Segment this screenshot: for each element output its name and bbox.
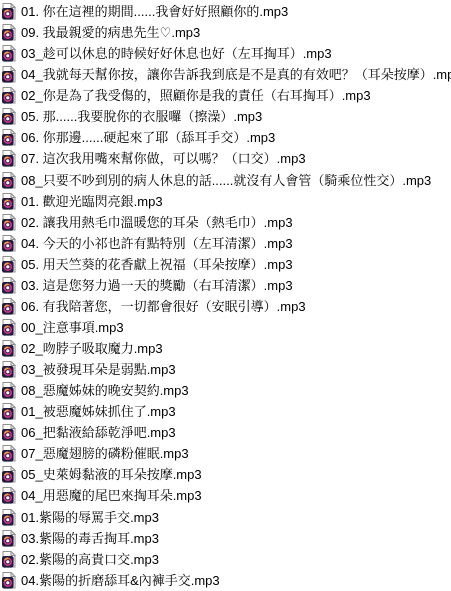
audio-file-icon xyxy=(2,382,16,399)
file-row[interactable]: 02.紫陽的高貴口交.mp3 xyxy=(0,549,451,570)
file-row[interactable]: 02_你是為了我受傷的，照顧你是我的責任（右耳掏耳）.mp3 xyxy=(0,85,451,106)
file-name-label: 04. 今天的小祁也許有點特別（左耳清潔）.mp3 xyxy=(21,233,293,254)
file-name-label: 01.紫陽的辱罵手交.mp3 xyxy=(21,507,159,528)
file-row[interactable]: 04_用惡魔的尾巴來掏耳朵.mp3 xyxy=(0,485,451,506)
audio-file-icon xyxy=(2,403,16,420)
audio-file-icon xyxy=(2,319,16,336)
audio-file-icon xyxy=(2,551,16,568)
audio-file-icon xyxy=(2,424,16,441)
audio-file-icon xyxy=(2,298,16,315)
file-row[interactable]: 01. 歡迎光臨閃亮銀.mp3 xyxy=(0,191,451,212)
audio-file-icon xyxy=(2,214,16,231)
file-row[interactable]: 07_惡魔翅膀的磷粉催眠.mp3 xyxy=(0,443,451,464)
file-row[interactable]: 01.紫陽的辱罵手交.mp3 xyxy=(0,507,451,528)
file-row[interactable]: 03. 這是您努力過一天的獎勵（右耳清潔）.mp3 xyxy=(0,275,451,296)
file-row[interactable]: 03_趁可以休息的時候好好休息也好（左耳掏耳）.mp3 xyxy=(0,43,451,64)
file-name-label: 02.紫陽的高貴口交.mp3 xyxy=(21,549,159,570)
audio-file-icon xyxy=(2,340,16,357)
file-name-label: 01_被惡魔姊妹抓住了.mp3 xyxy=(21,401,176,422)
file-name-label: 02_你是為了我受傷的，照顧你是我的責任（右耳掏耳）.mp3 xyxy=(21,85,371,106)
file-row[interactable]: 07. 這次我用嘴來幫你做，可以嗎？（口交）.mp3 xyxy=(0,148,451,169)
audio-file-icon xyxy=(2,572,16,589)
file-name-label: 03_趁可以休息的時候好好休息也好（左耳掏耳）.mp3 xyxy=(21,43,332,64)
audio-file-icon xyxy=(2,193,16,210)
file-name-label: 04.紫陽的折磨舔耳&內褲手交.mp3 xyxy=(21,570,220,591)
audio-file-icon xyxy=(2,172,16,189)
file-row[interactable]: 02_吻脖子吸取魔力.mp3 xyxy=(0,338,451,359)
audio-file-icon xyxy=(2,235,16,252)
file-row[interactable]: 01. 你在這裡的期間......我會好好照顧你的.mp3 xyxy=(0,1,451,22)
file-row[interactable]: 08_惡魔姊妹的晚安契約.mp3 xyxy=(0,380,451,401)
file-name-label: 09. 我最親愛的病患先生♡.mp3 xyxy=(21,22,200,43)
file-name-label: 08_只要不吵到別的病人休息的話......就沒有人會管（騎乘位性交）.mp3 xyxy=(21,170,431,191)
file-row[interactable]: 06. 有我陪著您，一切都會很好（安眠引導）.mp3 xyxy=(0,296,451,317)
audio-file-icon xyxy=(2,24,16,41)
audio-file-icon xyxy=(2,509,16,526)
file-name-label: 08_惡魔姊妹的晚安契約.mp3 xyxy=(21,380,189,401)
file-row[interactable]: 02. 讓我用熱毛巾溫暖您的耳朵（熱毛巾）.mp3 xyxy=(0,212,451,233)
file-name-label: 06. 有我陪著您，一切都會很好（安眠引導）.mp3 xyxy=(21,296,306,317)
audio-file-icon xyxy=(2,108,16,125)
file-name-label: 02_吻脖子吸取魔力.mp3 xyxy=(21,338,163,359)
file-row[interactable]: 05. 那......我要脫你的衣服囉（擦澡）.mp3 xyxy=(0,106,451,127)
file-name-label: 04_我就每天幫你按，讓你告訴我到底是不是真的有效吧？（耳朵按摩）.mp3 xyxy=(21,64,451,85)
file-name-label: 03.紫陽的毒舌掏耳.mp3 xyxy=(21,528,159,549)
file-name-label: 03_被發現耳朵是弱點.mp3 xyxy=(21,359,176,380)
file-name-label: 07_惡魔翅膀的磷粉催眠.mp3 xyxy=(21,443,189,464)
audio-file-icon xyxy=(2,150,16,167)
file-row[interactable]: 03.紫陽的毒舌掏耳.mp3 xyxy=(0,528,451,549)
audio-file-icon xyxy=(2,45,16,62)
file-row[interactable]: 05_史萊姆黏液的耳朵按摩.mp3 xyxy=(0,464,451,485)
file-row[interactable]: 09. 我最親愛的病患先生♡.mp3 xyxy=(0,22,451,43)
audio-file-icon xyxy=(2,530,16,547)
file-row[interactable]: 08_只要不吵到別的病人休息的話......就沒有人會管（騎乘位性交）.mp3 xyxy=(0,170,451,191)
audio-file-icon xyxy=(2,256,16,273)
audio-file-icon xyxy=(2,487,16,504)
audio-file-icon xyxy=(2,466,16,483)
file-name-label: 07. 這次我用嘴來幫你做，可以嗎？（口交）.mp3 xyxy=(21,148,306,169)
audio-file-icon xyxy=(2,3,16,20)
file-row[interactable]: 01_被惡魔姊妹抓住了.mp3 xyxy=(0,401,451,422)
file-list: 01. 你在這裡的期間......我會好好照顧你的.mp3 09. 我最親愛的病… xyxy=(0,0,451,591)
file-name-label: 05. 那......我要脫你的衣服囉（擦澡）.mp3 xyxy=(21,106,262,127)
file-row[interactable]: 06_把黏液給舔乾淨吧.mp3 xyxy=(0,422,451,443)
file-name-label: 03. 這是您努力過一天的獎勵（右耳清潔）.mp3 xyxy=(21,275,293,296)
file-name-label: 01. 歡迎光臨閃亮銀.mp3 xyxy=(21,191,163,212)
file-row[interactable]: 00_注意事項.mp3 xyxy=(0,317,451,338)
file-name-label: 00_注意事項.mp3 xyxy=(21,317,124,338)
file-name-label: 05. 用天竺葵的花香獻上祝福（耳朵按摩）.mp3 xyxy=(21,254,293,275)
file-row[interactable]: 05. 用天竺葵的花香獻上祝福（耳朵按摩）.mp3 xyxy=(0,254,451,275)
audio-file-icon xyxy=(2,361,16,378)
audio-file-icon xyxy=(2,277,16,294)
file-name-label: 06_把黏液給舔乾淨吧.mp3 xyxy=(21,422,176,443)
audio-file-icon xyxy=(2,87,16,104)
audio-file-icon xyxy=(2,445,16,462)
file-name-label: 01. 你在這裡的期間......我會好好照顧你的.mp3 xyxy=(21,1,288,22)
file-row[interactable]: 06. 你那邊......硬起來了耶（舔耳手交）.mp3 xyxy=(0,127,451,148)
file-row[interactable]: 04. 今天的小祁也許有點特別（左耳清潔）.mp3 xyxy=(0,233,451,254)
file-row[interactable]: 03_被發現耳朵是弱點.mp3 xyxy=(0,359,451,380)
file-row[interactable]: 04.紫陽的折磨舔耳&內褲手交.mp3 xyxy=(0,570,451,591)
audio-file-icon xyxy=(2,66,16,83)
file-row[interactable]: 04_我就每天幫你按，讓你告訴我到底是不是真的有效吧？（耳朵按摩）.mp3 xyxy=(0,64,451,85)
audio-file-icon xyxy=(2,129,16,146)
file-name-label: 06. 你那邊......硬起來了耶（舔耳手交）.mp3 xyxy=(21,127,275,148)
file-name-label: 05_史萊姆黏液的耳朵按摩.mp3 xyxy=(21,464,202,485)
file-name-label: 04_用惡魔的尾巴來掏耳朵.mp3 xyxy=(21,485,202,506)
file-name-label: 02. 讓我用熱毛巾溫暖您的耳朵（熱毛巾）.mp3 xyxy=(21,212,293,233)
